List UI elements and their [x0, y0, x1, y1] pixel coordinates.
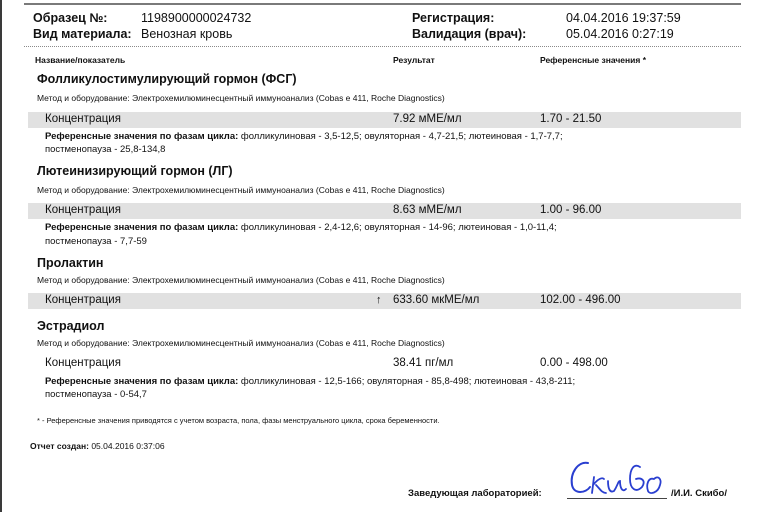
phase-reference: Референсные значения по фазам цикла: фол… [45, 130, 563, 143]
signatory-name: /И.И. Скибо/ [671, 488, 727, 499]
page-left-border [0, 0, 2, 512]
phase-reference-text: фолликулиновая - 3,5-12,5; овуляторная -… [238, 131, 562, 142]
reference-range: 0.00 - 498.00 [540, 357, 608, 369]
parameter-name: Концентрация [45, 357, 121, 369]
sample-value: 1198900000024732 [141, 11, 251, 25]
phase-reference-label: Референсные значения по фазам цикла: [45, 222, 238, 233]
footnote: * - Референсные значения приводятся с уч… [37, 416, 440, 425]
phase-reference-line2: постменопауза - 7,7-59 [45, 235, 147, 248]
signature-line [567, 498, 667, 499]
parameter-name: Концентрация [45, 113, 121, 125]
validation-value: 05.04.2016 0:27:19 [566, 27, 674, 41]
handwritten-signature-icon [566, 455, 666, 500]
material-value: Венозная кровь [141, 27, 232, 41]
report-created: Отчет создан: 05.04.2016 0:37:06 [30, 441, 165, 451]
material-label: Вид материала: [33, 27, 132, 41]
reference-range: 1.70 - 21.50 [540, 113, 601, 125]
sample-label: Образец №: [33, 11, 107, 25]
result-row [28, 112, 741, 128]
test-method: Метод и оборудование: Электрохемилюминес… [37, 338, 445, 348]
signature-label: Заведующая лабораторией: [408, 488, 542, 499]
test-method: Метод и оборудование: Электрохемилюминес… [37, 275, 445, 285]
column-header-reference: Референсные значения * [540, 55, 646, 65]
result-value: 8.63 мМЕ/мл [393, 204, 462, 216]
result-value: 7.92 мМЕ/мл [393, 113, 462, 125]
parameter-name: Концентрация [45, 204, 121, 216]
phase-reference: Референсные значения по фазам цикла: фол… [45, 375, 575, 388]
signature-scribble [566, 455, 666, 500]
phase-reference-text: фолликулиновая - 2,4-12,6; овуляторная -… [238, 222, 556, 233]
result-value: 633.60 мкМЕ/мл [393, 294, 479, 306]
test-title: Эстрадиол [37, 319, 104, 333]
reference-range: 1.00 - 96.00 [540, 204, 601, 216]
phase-reference-line2: постменопауза - 0-54,7 [45, 388, 147, 401]
phase-reference-label: Референсные значения по фазам цикла: [45, 131, 238, 142]
column-header-name: Название/показатель [35, 55, 125, 65]
report-created-value: 05.04.2016 0:37:06 [89, 441, 165, 451]
test-method: Метод и оборудование: Электрохемилюминес… [37, 93, 445, 103]
phase-reference-line2: постменопауза - 25,8-134,8 [45, 143, 165, 156]
parameter-name: Концентрация [45, 294, 121, 306]
phase-reference-text: фолликулиновая - 12,5-166; овуляторная -… [238, 376, 575, 387]
reference-range: 102.00 - 496.00 [540, 294, 621, 306]
test-title: Пролактин [37, 256, 103, 270]
result-value: 38.41 пг/мл [393, 357, 453, 369]
top-rule [24, 3, 741, 5]
result-row [28, 203, 741, 219]
column-header-result: Результат [393, 55, 435, 65]
test-title: Лютеинизирующий гормон (ЛГ) [37, 164, 233, 178]
phase-reference: Референсные значения по фазам цикла: фол… [45, 221, 557, 234]
test-method: Метод и оборудование: Электрохемилюминес… [37, 185, 445, 195]
registration-value: 04.04.2016 19:37:59 [566, 11, 681, 25]
arrow-up-icon: ↑ [376, 294, 382, 306]
report-created-label: Отчет создан: [30, 441, 89, 451]
test-title: Фолликулостимулирующий гормон (ФСГ) [37, 72, 297, 86]
validation-label: Валидация (врач): [412, 27, 526, 41]
phase-reference-label: Референсные значения по фазам цикла: [45, 376, 238, 387]
header-divider [24, 46, 741, 47]
registration-label: Регистрация: [412, 11, 494, 25]
result-row [28, 293, 741, 309]
